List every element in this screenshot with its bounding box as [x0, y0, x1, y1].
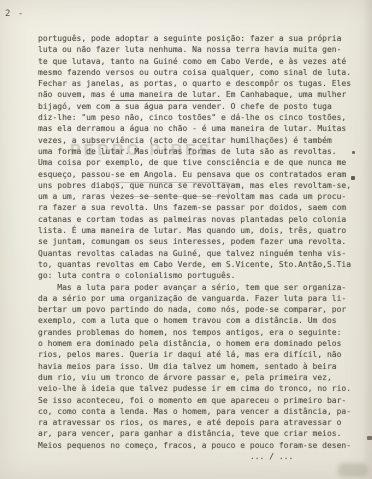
text-line: luta ou não fazer luta nenhuma. Na nossa…	[38, 44, 358, 55]
text-line: havia meios para isso. Um dia talvez um …	[38, 361, 358, 372]
text-line: Mas a luta para poder avançar a sério, t…	[38, 282, 358, 293]
text-line: catanas e cortam todas as palmeiras nova…	[38, 214, 358, 225]
text-line: te que lutava, tanto na Guiné como em Ca…	[38, 56, 358, 67]
text-line: o homem era dominado pela distância, o h…	[38, 338, 358, 349]
text-line: exemplo, com a luta que o homem travou c…	[38, 315, 358, 326]
text-line: Se isso aconteceu, foi o momento em que …	[38, 395, 358, 406]
text-line: Meios pequenos no começo, fracos, a pouc…	[38, 440, 358, 451]
text-line: mas ela derramou a água no chão - é uma …	[38, 123, 358, 134]
text-line: Uma coisa por exemplo, de que tive consc…	[38, 157, 358, 168]
text-line: ... / ...	[38, 451, 358, 462]
ink-speck	[352, 151, 355, 154]
text-line: bijagó, vem com a sua água para vender. …	[38, 101, 358, 112]
ink-speck	[351, 176, 355, 180]
text-line: grandes problemas do homem, nos tempos a…	[38, 327, 358, 338]
scan-edge-shadow	[362, 0, 372, 479]
text-line: esqueço, passou-se em Angola. Eu pensava…	[38, 169, 358, 180]
text-line: mesmo fazendo versos ou outra coisa qual…	[38, 67, 358, 78]
text-line: ra atravessar os rios, os mares, e até d…	[38, 417, 358, 428]
ink-speck	[367, 436, 372, 440]
page-number: 2 -	[5, 9, 24, 19]
text-line: rios, pelos mares. Queria ir daqui até l…	[38, 349, 358, 360]
text-line: bertar um povo partindo do nada, como nó…	[38, 304, 358, 315]
text-line: ra fazer a sua revolta. Uns fazem-se pas…	[38, 202, 358, 213]
scanned-document-page: 2 - PEDRO PIRES português, pode adoptar …	[0, 0, 372, 479]
text-line: Quantas revoltas caladas na Guiné, que t…	[38, 248, 358, 259]
text-line: português, pode adoptar a seguinte posiç…	[38, 33, 358, 44]
text-line: uma forma de lutar. Mas outras formas de…	[38, 146, 358, 157]
text-line: da a sério por uma organização de vangua…	[38, 293, 358, 304]
text-line: dum rio, viu um tronco de árvore passar …	[38, 372, 358, 383]
text-line: veio-lhe à ideia que talvez pudesse ir e…	[38, 383, 358, 394]
text-line: vezes, a subserviência (acto de aceitar …	[38, 135, 358, 146]
text-line: Fechar as janelas, as portas, o quarto e…	[38, 78, 358, 89]
text-line: to, quantas revoltas em Cabo Verde, em S…	[38, 259, 358, 270]
pencil-annotation-box	[113, 182, 229, 197]
text-line: não ouvem, mas é uma maneira de lutar. E…	[38, 89, 358, 100]
text-line: diz-lhe: "um peso não, cinco tostões" e …	[38, 112, 358, 123]
paper-smudge	[338, 463, 368, 477]
document-text: português, pode adoptar a seguinte posiç…	[38, 33, 358, 462]
text-line: lista. É uma maneira de lutar. Mas quand…	[38, 225, 358, 236]
text-line: ar, para vencer, para ganhar a distância…	[38, 428, 358, 439]
text-line: co, como conta a lenda. Mas o homem, par…	[38, 406, 358, 417]
text-line: go: luta contra o colonialismo português…	[38, 270, 358, 281]
underlined-phrase: é uma maneira de lutar.	[110, 90, 221, 101]
text-line: se juntam, comungam os seus interesses, …	[38, 236, 358, 247]
